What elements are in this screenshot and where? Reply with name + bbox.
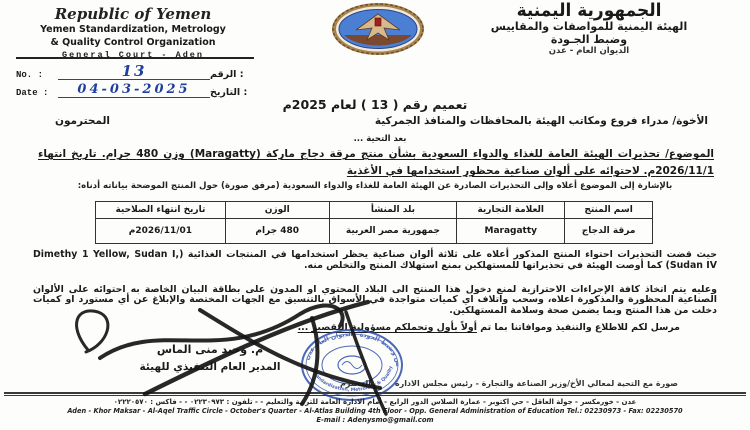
cell-origin-country: جمهورية مصر العربية (329, 219, 457, 244)
col-expiry-date: تاريخ انتهاء الصلاحية (96, 202, 226, 219)
header-english: Republic of Yemen Yemen Standardization,… (14, 6, 252, 60)
document-date-handwritten: 04-03-2025 (58, 83, 210, 98)
cell-trademark: Maragatty (457, 219, 565, 244)
signatory-name: م. وحيد منى الماس (100, 343, 320, 356)
body-paragraph-2: وعليه يتم اتخاذ كافة الإجراءات الاحترازي… (33, 285, 717, 316)
org-name-en-line1: Yemen Standardization, Metrology (14, 24, 252, 35)
col-trademark: العلامة التجارية (457, 202, 565, 219)
cc-text: صورة مع التحية لمعالي الأخ/وزير الصناعة … (395, 379, 678, 388)
scanned-circular-document: Republic of Yemen Yemen Standardization,… (0, 0, 750, 430)
table-row: مرقة الدجاج Maragatty جمهورية مصر العربي… (96, 219, 653, 244)
org-name-en-line2: & Quality Control Organization (14, 37, 252, 48)
col-product-name: اسم المنتج (565, 202, 653, 219)
body-paragraph-1: حيث قضت التحذيرات احتواء المنتج المذكور … (33, 249, 717, 272)
col-origin-country: بلد المنشأ (329, 202, 457, 219)
stamp-text-arabic: الهيئة اليمنية للمواصفات والمقاييس وضبط … (298, 327, 401, 367)
footer-address-arabic: عدن - خورمكسر - جولة العاقل - حي اكتوبر … (2, 398, 748, 406)
circular-title: تعميم رقم ( 13 ) لعام 2025م (0, 97, 750, 112)
document-number-handwritten: 13 (58, 64, 210, 80)
date-row: Date : 04-03-2025 : التاريخ (16, 83, 254, 98)
addressee-honorific: المحترمون (55, 115, 110, 127)
cell-product-name: مرقة الدجاج (565, 219, 653, 244)
product-details-table: اسم المنتج العلامة التجارية بلد المنشأ ا… (95, 201, 653, 244)
org-name-ar: الهيئة اليمنية للمواصفات والمقاييس (434, 21, 744, 34)
footer-divider (4, 392, 746, 396)
footer-address-english: Aden - Khor Maksar - Al-Aqel Traffic Cir… (2, 407, 748, 415)
number-label-ar: : الرقم (210, 69, 254, 80)
number-label-en: No. : (16, 70, 58, 80)
cc-honorific: المحترم (340, 379, 371, 388)
dispatch-text: مرسل لكم للاطلاع والتنفيذ وموافاتنا بما … (477, 322, 680, 333)
table-header-row: اسم المنتج العلامة التجارية بلد المنشأ ا… (96, 202, 653, 219)
greeting-line: بعد التحية ... (290, 134, 470, 144)
svg-text:الهيئة اليمنية للمواصفات والمق: الهيئة اليمنية للمواصفات والمقاييس وضبط … (298, 327, 401, 367)
intro-paragraph: بالإشارة إلى الموضوع أعلاه وإلى التحذيرا… (48, 181, 702, 191)
yemen-national-emblem-icon (330, 2, 426, 56)
cc-line: صورة مع التحية لمعالي الأخ/وزير الصناعة … (340, 379, 678, 388)
footer-email: E-mail : Adenysmo@gmail.com (0, 416, 750, 424)
org-name-ar-line2: وضبط الجـودة (434, 34, 744, 47)
org-office-ar: الديوان العام - عدن (434, 46, 744, 57)
cell-expiry-date: 2026/11/01م (96, 219, 226, 244)
number-row: No. : 13 : الرقم (16, 64, 254, 80)
cell-weight: 480 جرام (225, 219, 329, 244)
header-arabic: الجمهورية اليمنية الهيئة اليمنية للمواصف… (434, 2, 744, 57)
col-weight: الوزن (225, 202, 329, 219)
addressee-line: الأخوة/ مدراء فروع ومكاتب الهيئة بالمحاف… (55, 115, 708, 127)
country-name-ar: الجمهورية اليمنية (434, 2, 744, 22)
country-name-en: Republic of Yemen (14, 6, 252, 22)
subject-line: الموضوع/ تحذيرات الهيئة العامة للغذاء وا… (38, 146, 714, 180)
addressee-text: الأخوة/ مدراء فروع ومكاتب الهيئة بالمحاف… (375, 115, 708, 127)
reference-block: No. : 13 : الرقم Date : 04-03-2025 : الت… (16, 57, 254, 101)
